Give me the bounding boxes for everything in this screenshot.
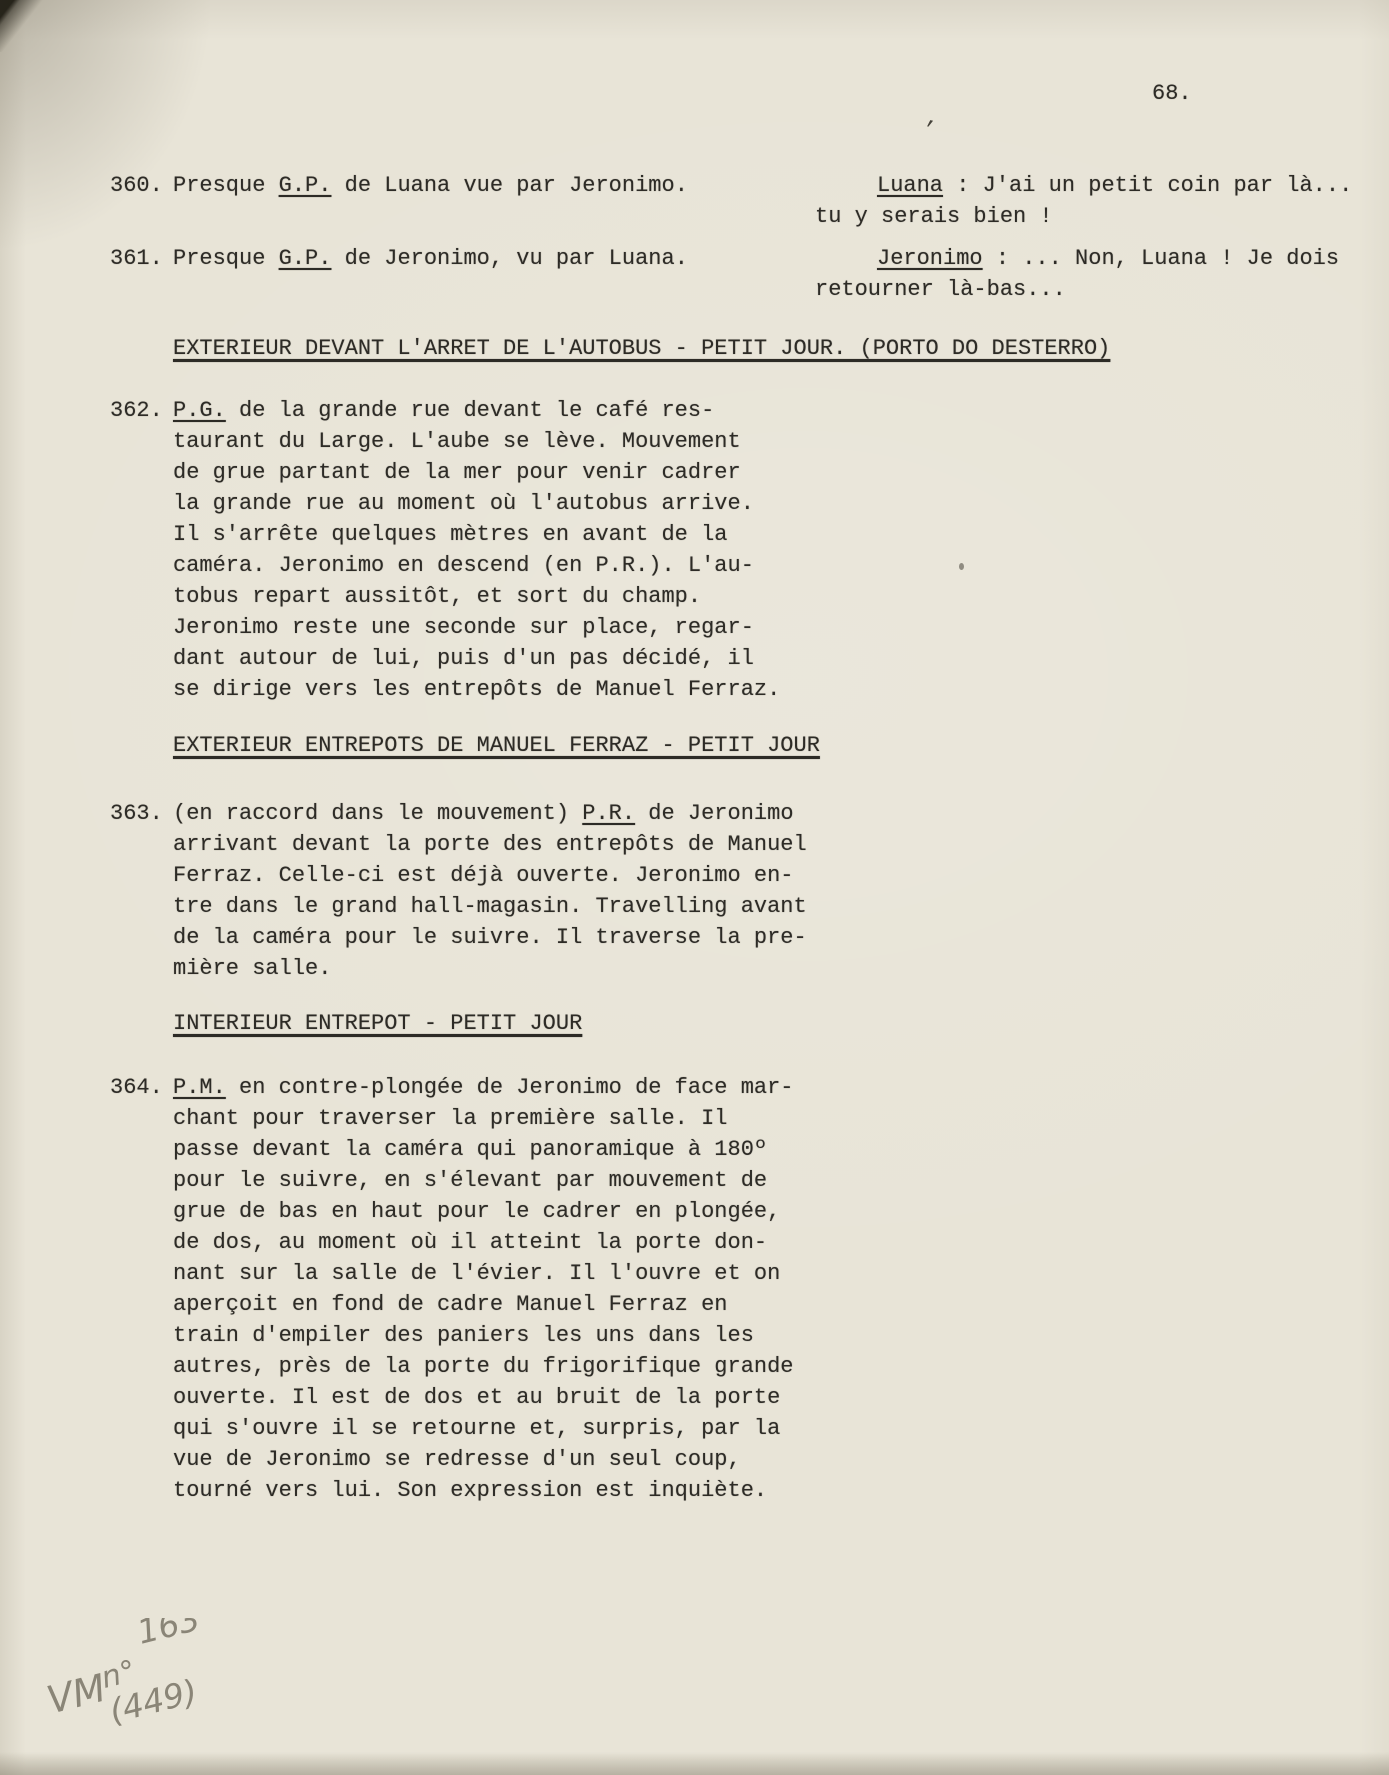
text-segment: caméra. Jeronimo en descend (en P.R.). L… bbox=[173, 553, 754, 578]
text-segment: taurant du Large. L'aube se lève. Mouvem… bbox=[173, 429, 741, 454]
text-segment: se dirige vers les entrepôts de Manuel F… bbox=[173, 677, 780, 702]
underlined-text: Luana bbox=[877, 173, 943, 198]
text-segment: mière salle. bbox=[173, 956, 331, 981]
text-segment: la grande rue au moment où l'autobus arr… bbox=[173, 491, 754, 516]
text-segment: de grue partant de la mer pour venir cad… bbox=[173, 460, 741, 485]
handwritten-163: 163 bbox=[133, 1618, 204, 1652]
text-segment: nant sur la salle de l'évier. Il l'ouvre… bbox=[173, 1261, 780, 1286]
text-segment: Jeronimo reste une seconde sur place, re… bbox=[173, 615, 754, 640]
text-segment: ouverte. Il est de dos et au bruit de la… bbox=[173, 1385, 780, 1410]
page-number: 68. bbox=[1152, 78, 1192, 109]
shot-number: 362. bbox=[110, 395, 163, 426]
text-segment: de Jeronimo, vu par Luana. bbox=[331, 246, 687, 271]
text-line: arrivant devant la porte des entrepôts d… bbox=[173, 829, 807, 860]
shot-number: 364. bbox=[110, 1072, 163, 1103]
text-line: INTERIEUR ENTREPOT - PETIT JOUR bbox=[173, 1008, 582, 1039]
text-line: de dos, au moment où il atteint la porte… bbox=[173, 1227, 794, 1258]
underlined-text: P.M. bbox=[173, 1075, 226, 1100]
text-line: caméra. Jeronimo en descend (en P.R.). L… bbox=[173, 550, 780, 581]
text-segment: dant autour de lui, puis d'un pas décidé… bbox=[173, 646, 754, 671]
underlined-text: P.G. bbox=[173, 398, 226, 423]
text-segment: passe devant la caméra qui panoramique à… bbox=[173, 1137, 767, 1162]
text-segment: tre dans le grand hall-magasin. Travelli… bbox=[173, 894, 807, 919]
text-segment: qui s'ouvre il se retourne et, surpris, … bbox=[173, 1416, 780, 1441]
shot-number: 361. bbox=[110, 243, 163, 274]
shot-number: 363. bbox=[110, 798, 163, 829]
text-segment: tourné vers lui. Son expression est inqu… bbox=[173, 1478, 767, 1503]
text-line: EXTERIEUR DEVANT L'ARRET DE L'AUTOBUS - … bbox=[173, 333, 1110, 364]
underlined-text: EXTERIEUR DEVANT L'ARRET DE L'AUTOBUS - … bbox=[173, 336, 1110, 361]
text-line: Luana : J'ai un petit coin par là... bbox=[815, 170, 1352, 201]
handwritten-note: VM n° 163 (449) bbox=[36, 1618, 296, 1748]
text-segment: grue de bas en haut pour le cadrer en pl… bbox=[173, 1199, 780, 1224]
scene-heading: INTERIEUR ENTREPOT - PETIT JOUR bbox=[173, 1008, 582, 1039]
text-line: aperçoit en fond de cadre Manuel Ferraz … bbox=[173, 1289, 794, 1320]
script-page: 68. ’ 360.Presque G.P. de Luana vue par … bbox=[0, 0, 1389, 1775]
scan-corner-shadow bbox=[0, 0, 220, 260]
text-segment: de dos, au moment où il atteint la porte… bbox=[173, 1230, 767, 1255]
text-segment: en contre-plongée de Jeronimo de face ma… bbox=[226, 1075, 794, 1100]
text-line: chant pour traverser la première salle. … bbox=[173, 1103, 794, 1134]
shot-description: P.M. en contre-plongée de Jeronimo de fa… bbox=[173, 1072, 794, 1506]
text-line: pour le suivre, en s'élevant par mouveme… bbox=[173, 1165, 794, 1196]
text-line: P.G. de la grande rue devant le café res… bbox=[173, 395, 780, 426]
shot-description: Presque G.P. de Luana vue par Jeronimo. bbox=[173, 170, 688, 201]
scan-bottom-shadow bbox=[0, 1749, 1389, 1775]
text-line: qui s'ouvre il se retourne et, surpris, … bbox=[173, 1413, 794, 1444]
text-line: taurant du Large. L'aube se lève. Mouvem… bbox=[173, 426, 780, 457]
text-segment: de Luana vue par Jeronimo. bbox=[331, 173, 687, 198]
text-line: EXTERIEUR ENTREPOTS DE MANUEL FERRAZ - P… bbox=[173, 730, 820, 761]
text-segment: arrivant devant la porte des entrepôts d… bbox=[173, 832, 807, 857]
text-segment: chant pour traverser la première salle. … bbox=[173, 1106, 728, 1131]
text-line: passe devant la caméra qui panoramique à… bbox=[173, 1134, 794, 1165]
text-segment: aperçoit en fond de cadre Manuel Ferraz … bbox=[173, 1292, 728, 1317]
text-line: Il s'arrête quelques mètres en avant de … bbox=[173, 519, 780, 550]
underlined-text: Jeronimo bbox=[877, 246, 983, 271]
text-line: tre dans le grand hall-magasin. Travelli… bbox=[173, 891, 807, 922]
text-line: Ferraz. Celle-ci est déjà ouverte. Jeron… bbox=[173, 860, 807, 891]
underlined-text: G.P. bbox=[279, 246, 332, 271]
text-line: P.M. en contre-plongée de Jeronimo de fa… bbox=[173, 1072, 794, 1103]
text-line: Jeronimo reste une seconde sur place, re… bbox=[173, 612, 780, 643]
scene-heading: EXTERIEUR DEVANT L'ARRET DE L'AUTOBUS - … bbox=[173, 333, 1110, 364]
text-line: tourné vers lui. Son expression est inqu… bbox=[173, 1475, 794, 1506]
underlined-text: EXTERIEUR ENTREPOTS DE MANUEL FERRAZ - P… bbox=[173, 733, 820, 758]
dialogue-block: Jeronimo : ... Non, Luana ! Je doisretou… bbox=[815, 243, 1339, 305]
shot-description: P.G. de la grande rue devant le café res… bbox=[173, 395, 780, 705]
text-line: se dirige vers les entrepôts de Manuel F… bbox=[173, 674, 780, 705]
text-segment: : ... Non, Luana ! Je dois bbox=[983, 246, 1339, 271]
text-line: de grue partant de la mer pour venir cad… bbox=[173, 457, 780, 488]
text-segment: pour le suivre, en s'élevant par mouveme… bbox=[173, 1168, 767, 1193]
text-line: de la caméra pour le suivre. Il traverse… bbox=[173, 922, 807, 953]
shot-description: Presque G.P. de Jeronimo, vu par Luana. bbox=[173, 243, 688, 274]
text-line: Jeronimo : ... Non, Luana ! Je dois bbox=[815, 243, 1339, 274]
text-line: Presque G.P. de Jeronimo, vu par Luana. bbox=[173, 243, 688, 274]
dialogue-block: Luana : J'ai un petit coin par là...tu y… bbox=[815, 170, 1352, 232]
text-segment: train d'empiler des paniers les uns dans… bbox=[173, 1323, 754, 1348]
paper-speck bbox=[959, 563, 964, 570]
text-segment: tu y serais bien ! bbox=[815, 204, 1053, 229]
shot-description: (en raccord dans le mouvement) P.R. de J… bbox=[173, 798, 807, 984]
underlined-text: G.P. bbox=[279, 173, 332, 198]
text-segment: vue de Jeronimo se redresse d'un seul co… bbox=[173, 1447, 741, 1472]
text-line: vue de Jeronimo se redresse d'un seul co… bbox=[173, 1444, 794, 1475]
text-segment: : J'ai un petit coin par là... bbox=[943, 173, 1352, 198]
text-line: (en raccord dans le mouvement) P.R. de J… bbox=[173, 798, 807, 829]
text-line: tu y serais bien ! bbox=[815, 201, 1352, 232]
text-segment: de la grande rue devant le café res- bbox=[226, 398, 714, 423]
text-segment: tobus repart aussitôt, et sort du champ. bbox=[173, 584, 701, 609]
text-segment: Ferraz. Celle-ci est déjà ouverte. Jeron… bbox=[173, 863, 794, 888]
text-line: nant sur la salle de l'évier. Il l'ouvre… bbox=[173, 1258, 794, 1289]
text-segment: (en raccord dans le mouvement) bbox=[173, 801, 582, 826]
text-line: la grande rue au moment où l'autobus arr… bbox=[173, 488, 780, 519]
text-segment: de Jeronimo bbox=[635, 801, 793, 826]
text-segment: de la caméra pour le suivre. Il traverse… bbox=[173, 925, 807, 950]
underlined-text: P.R. bbox=[582, 801, 635, 826]
text-line: retourner là-bas... bbox=[815, 274, 1339, 305]
text-line: Presque G.P. de Luana vue par Jeronimo. bbox=[173, 170, 688, 201]
text-segment: retourner là-bas... bbox=[815, 277, 1066, 302]
text-segment: autres, près de la porte du frigorifique… bbox=[173, 1354, 794, 1379]
text-line: tobus repart aussitôt, et sort du champ. bbox=[173, 581, 780, 612]
scene-heading: EXTERIEUR ENTREPOTS DE MANUEL FERRAZ - P… bbox=[173, 730, 820, 761]
text-line: dant autour de lui, puis d'un pas décidé… bbox=[173, 643, 780, 674]
underlined-text: INTERIEUR ENTREPOT - PETIT JOUR bbox=[173, 1011, 582, 1036]
text-line: mière salle. bbox=[173, 953, 807, 984]
text-line: grue de bas en haut pour le cadrer en pl… bbox=[173, 1196, 794, 1227]
text-segment: Presque bbox=[173, 173, 279, 198]
text-line: autres, près de la porte du frigorifique… bbox=[173, 1351, 794, 1382]
text-line: train d'empiler des paniers les uns dans… bbox=[173, 1320, 794, 1351]
shot-number: 360. bbox=[110, 170, 163, 201]
text-line: ouverte. Il est de dos et au bruit de la… bbox=[173, 1382, 794, 1413]
text-segment: Presque bbox=[173, 246, 279, 271]
text-segment: Il s'arrête quelques mètres en avant de … bbox=[173, 522, 728, 547]
stray-mark: ’ bbox=[920, 117, 938, 144]
